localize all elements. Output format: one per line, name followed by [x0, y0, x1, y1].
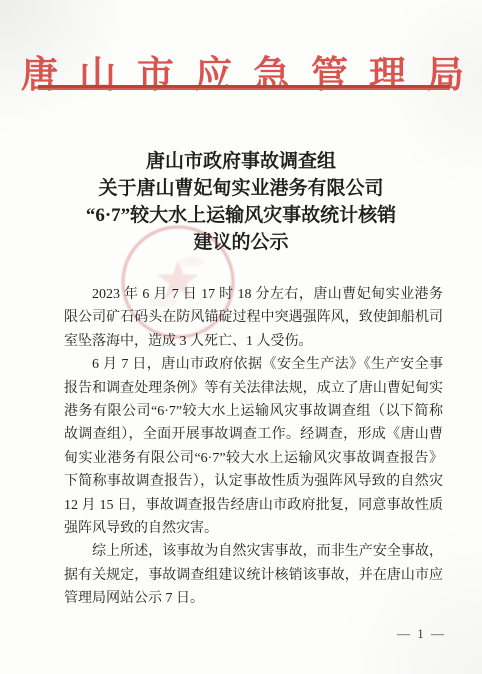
- body-line: 甸实业港务有限公司“6·7”较大水上运输风灾事故调查报告》（以: [64, 447, 443, 470]
- document-page: 唐山市应急管理局 唐山市政府事故调查组 关于唐山曹妃甸实业港务有限公司 “6·7…: [0, 0, 482, 674]
- body-line: 下简称事故调查报告），认定事故性质为强阵风导致的自然灾害。: [64, 470, 443, 493]
- body-line: 管理局网站公示 7 日。: [64, 587, 443, 610]
- page-number: — 1 —: [397, 626, 446, 642]
- document-title: 唐山市政府事故调查组 关于唐山曹妃甸实业港务有限公司 “6·7”较大水上运输风灾…: [20, 148, 462, 256]
- title-line-4: 建议的公示: [20, 229, 462, 256]
- body-line: 故调查组），全面开展事故调查工作。经调查，形成《唐山曹妃: [64, 423, 443, 446]
- document-body: 2023 年 6 月 7 日 17 时 18 分左右，唐山曹妃甸实业港务有 限公…: [64, 283, 443, 610]
- letterhead-divider: [38, 85, 450, 90]
- body-line: 综上所述，该事故为自然灾害事故，而非生产安全事故，依: [64, 540, 443, 563]
- body-line: 限公司矿石码头在防风锚碇过程中突遇强阵风，致使卸船机司机: [64, 306, 443, 329]
- body-line: 2023 年 6 月 7 日 17 时 18 分左右，唐山曹妃甸实业港务有: [64, 283, 443, 306]
- body-line: 报告和调查处理条例》等有关法律法规，成立了唐山曹妃甸实业: [64, 377, 443, 400]
- title-line-2: 关于唐山曹妃甸实业港务有限公司: [20, 175, 462, 202]
- body-line: 据有关规定，事故调查组建议统计核销该事故，并在唐山市应急: [64, 564, 443, 587]
- body-line: 12 月 15 日，事故调查报告经唐山市政府批复，同意事故性质为: [64, 494, 443, 517]
- body-line: 港务有限公司“6·7”较大水上运输风灾事故调查组（以下简称事: [64, 400, 443, 423]
- body-line: 6 月 7 日，唐山市政府依据《安全生产法》《生产安全事故: [64, 353, 443, 376]
- title-line-3: “6·7”较大水上运输风灾事故统计核销: [20, 202, 462, 229]
- title-line-1: 唐山市政府事故调查组: [20, 148, 462, 175]
- body-line: 室坠落海中，造成 3 人死亡、1 人受伤。: [64, 330, 443, 353]
- body-line: 强阵风导致的自然灾害。: [64, 517, 443, 540]
